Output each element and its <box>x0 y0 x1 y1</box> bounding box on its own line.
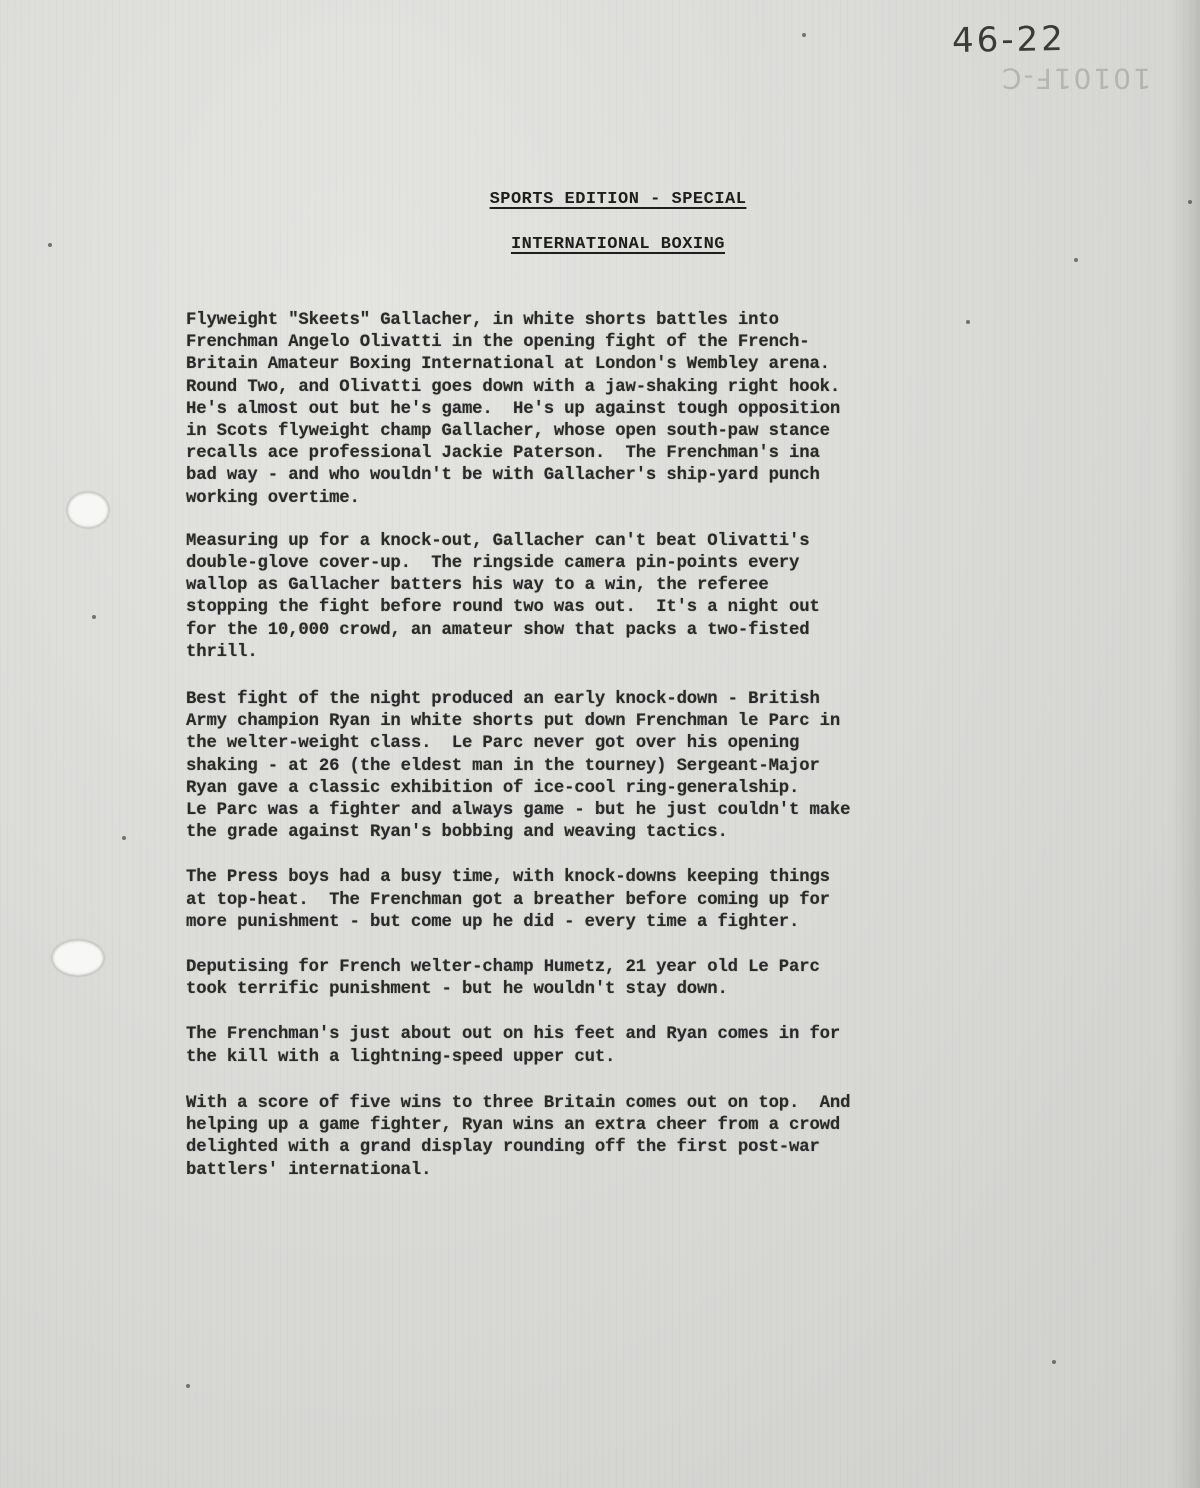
handwritten-reference-number: 46-22 <box>952 19 1066 61</box>
paragraph-5: Deputising for French welter-champ Humet… <box>186 957 1026 1001</box>
paragraph-7: With a score of five wins to three Brita… <box>186 1093 1026 1182</box>
page-edge-shadow <box>1170 0 1200 1488</box>
faint-bleedthrough-reference: 10101F-C <box>1000 62 1151 95</box>
punch-hole-top <box>67 492 109 528</box>
paragraph-3: Best fight of the night produced an earl… <box>186 689 1026 844</box>
dust-speck <box>122 836 126 840</box>
document-body: Flyweight "Skeets" Gallacher, in white s… <box>186 310 1026 1204</box>
paragraph-6: The Frenchman's just about out on his fe… <box>186 1024 1026 1068</box>
dust-speck <box>802 33 806 37</box>
dust-speck <box>92 615 96 619</box>
document-heading-secondary: INTERNATIONAL BOXING <box>0 235 1200 254</box>
paragraph-1: Flyweight "Skeets" Gallacher, in white s… <box>186 310 1026 510</box>
document-heading-primary: SPORTS EDITION - SPECIAL <box>0 190 1200 209</box>
paragraph-2: Measuring up for a knock-out, Gallacher … <box>186 531 1026 664</box>
dust-speck <box>1074 258 1078 262</box>
punch-hole-bottom <box>52 940 104 976</box>
dust-speck <box>186 1384 190 1388</box>
paragraph-4: The Press boys had a busy time, with kno… <box>186 867 1026 934</box>
dust-speck <box>1052 1360 1056 1364</box>
